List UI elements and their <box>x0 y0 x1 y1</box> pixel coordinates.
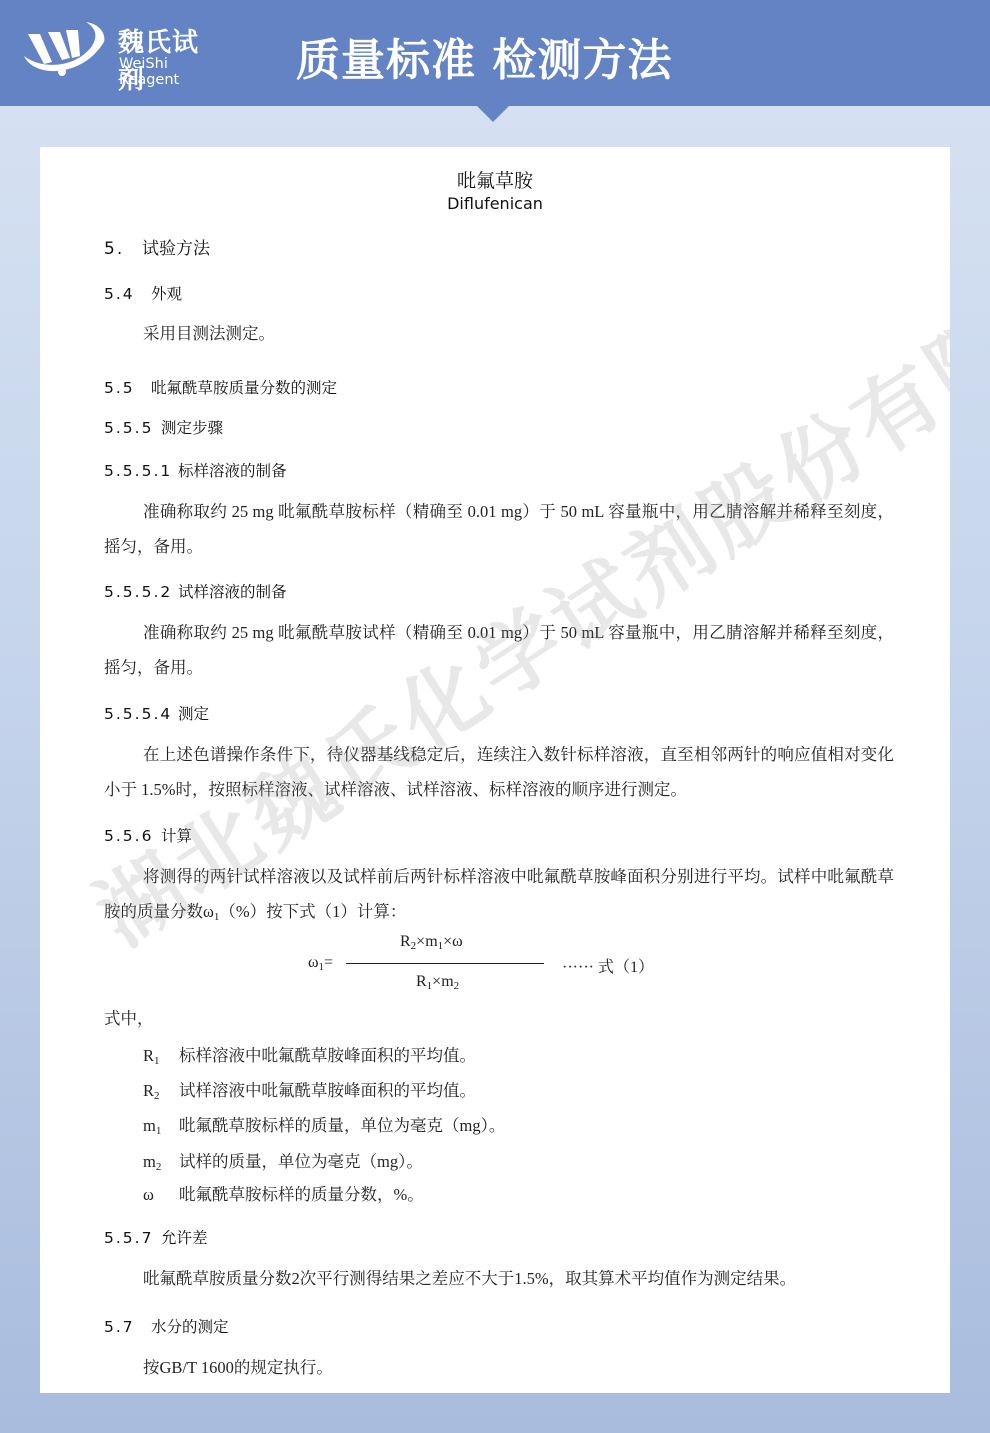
formula-lhs: ω1= <box>308 954 333 973</box>
fraction-bar <box>346 963 544 964</box>
brand-name-en: WeiShi Reagent <box>119 56 220 88</box>
section-body-5-7: 按GB/T 1600的规定执行。 <box>143 1350 903 1385</box>
formula-1: ω1= R2×m1×ω R1×m2 ······ 式（1） <box>300 933 680 995</box>
brand-logo: 魏氏试剂 WeiShi Reagent <box>20 18 220 80</box>
section-body-5-5-5-4: 在上述色谱操作条件下，待仪器基线稳定后，连续注入数针标样溶液，直至相邻两针的响应… <box>104 737 894 807</box>
document-title-en: Diflufenican <box>40 194 950 213</box>
section-body-5-4: 采用目测法测定。 <box>143 316 903 351</box>
section-heading-5-5-5-2: 5.5.5.2试样溶液的制备 <box>104 580 287 602</box>
where-label: 式中， <box>104 1001 894 1036</box>
variable-row: ω吡氟酰草胺标样的质量分数，%。 <box>143 1181 424 1206</box>
section-body-5-5-7: 吡氟酰草胺质量分数2次平行测得结果之差应不大于1.5%，取其算术平均值作为测定结… <box>104 1261 894 1296</box>
formula-denominator: R1×m2 <box>416 973 459 992</box>
section-heading-5-5-5-1: 5.5.5.1标样溶液的制备 <box>104 459 287 481</box>
section-heading-5: 5.试验方法 <box>104 234 210 259</box>
weishi-w-logo-icon <box>20 20 112 80</box>
variable-row: R1标样溶液中吡氟酰草胺峰面积的平均值。 <box>143 1042 476 1067</box>
section-body-5-5-6: 将测得的两针试样溶液以及试样前后两针标样溶液中吡氟酰草胺峰面积分别进行平均。试样… <box>104 859 894 935</box>
page-header: 魏氏试剂 WeiShi Reagent 质量标准 检测方法 <box>0 0 990 106</box>
header-pointer-arrow <box>477 106 509 122</box>
page-title: 质量标准 检测方法 <box>296 24 672 88</box>
variable-row: R2试样溶液中吡氟酰草胺峰面积的平均值。 <box>143 1077 476 1102</box>
section-heading-5-4: 5.4外观 <box>104 282 182 304</box>
section-body-5-5-5-2: 准确称取约 25 mg 吡氟酰草胺试样（精确至 0.01 mg）于 50 mL … <box>104 615 894 685</box>
section-heading-5-5-5-4: 5.5.5.4测定 <box>104 702 209 724</box>
section-heading-5-5-5: 5.5.5测定步骤 <box>104 416 223 438</box>
section-body-5-5-5-1: 准确称取约 25 mg 吡氟酰草胺标样（精确至 0.01 mg）于 50 mL … <box>104 494 894 564</box>
formula-numerator: R2×m1×ω <box>400 933 463 952</box>
section-heading-5-5-6: 5.5.6计算 <box>104 824 192 846</box>
section-heading-5-5-7: 5.5.7允许差 <box>104 1226 208 1248</box>
document-title-cn: 吡氟草胺 <box>40 166 950 193</box>
variable-row: m2试样的质量，单位为毫克（mg）。 <box>143 1148 423 1173</box>
section-heading-5-5: 5.5吡氟酰草胺质量分数的测定 <box>104 376 337 398</box>
section-heading-5-7: 5.7水分的测定 <box>104 1315 229 1337</box>
formula-tag: ······ 式（1） <box>562 954 654 977</box>
variable-row: m1吡氟酰草胺标样的质量，单位为毫克（mg）。 <box>143 1112 505 1137</box>
